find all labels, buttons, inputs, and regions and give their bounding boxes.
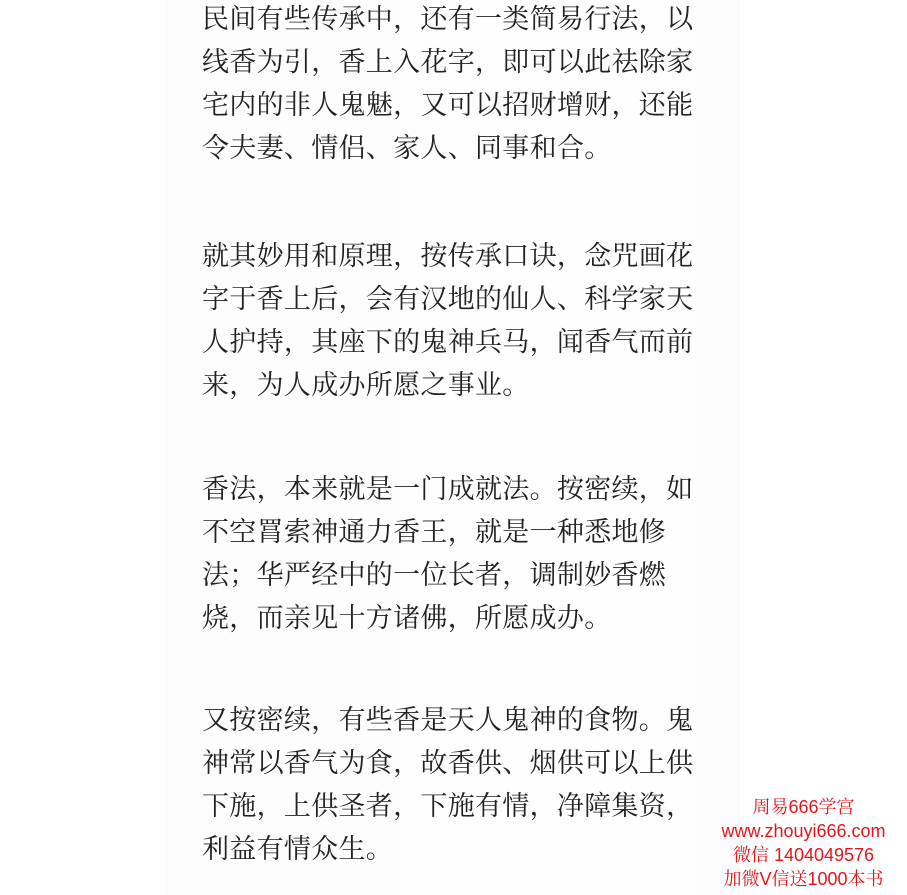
paragraph-line: 又按密续，有些香是天人鬼神的食物。鬼	[202, 699, 742, 742]
paragraph-line: 烧，而亲见十方诸佛，所愿成办。	[202, 597, 742, 640]
paragraph-3: 香法，本来就是一门成就法。按密续，如 不空罥索神通力香王，就是一种悉地修 法；华…	[202, 468, 742, 640]
watermark: 周易666学宫 www.zhouyi666.com 微信 1404049576 …	[700, 795, 907, 891]
paragraph-line: 香法，本来就是一门成就法。按密续，如	[202, 468, 742, 511]
paragraph-line: 利益有情众生。	[202, 828, 742, 871]
paragraph-2: 就其妙用和原理，按传承口诀，念咒画花 字于香上后，会有汉地的仙人、科学家天 人护…	[202, 235, 742, 407]
paragraph-line: 字于香上后，会有汉地的仙人、科学家天	[202, 278, 742, 321]
paragraph-line: 宅内的非人鬼魅，又可以招财增财，还能	[202, 84, 742, 127]
watermark-title: 周易666学宫	[700, 795, 907, 819]
paragraph-line: 神常以香气为食，故香供、烟供可以上供	[202, 742, 742, 785]
paragraph-line: 线香为引，香上入花字，即可以此祛除家	[202, 41, 742, 84]
paragraph-line: 就其妙用和原理，按传承口诀，念咒画花	[202, 235, 742, 278]
watermark-promo: 加微V信送1000本书	[700, 867, 907, 891]
paragraph-line: 不空罥索神通力香王，就是一种悉地修	[202, 511, 742, 554]
paragraph-line: 民间有些传承中，还有一类简易行法，以	[202, 0, 742, 41]
paragraph-line: 法；华严经中的一位长者，调制妙香燃	[202, 554, 742, 597]
paragraph-4: 又按密续，有些香是天人鬼神的食物。鬼 神常以香气为食，故香供、烟供可以上供 下施…	[202, 699, 742, 871]
watermark-url: www.zhouyi666.com	[700, 819, 907, 843]
paragraph-line: 下施，上供圣者，下施有情，净障集资，	[202, 785, 742, 828]
paragraph-line: 令夫妻、情侣、家人、同事和合。	[202, 127, 742, 170]
paragraph-line: 来，为人成办所愿之事业。	[202, 364, 742, 407]
paragraph-line: 人护持，其座下的鬼神兵马，闻香气而前	[202, 321, 742, 364]
watermark-wechat: 微信 1404049576	[700, 843, 907, 867]
paragraph-1: 民间有些传承中，还有一类简易行法，以 线香为引，香上入花字，即可以此祛除家 宅内…	[202, 0, 742, 170]
